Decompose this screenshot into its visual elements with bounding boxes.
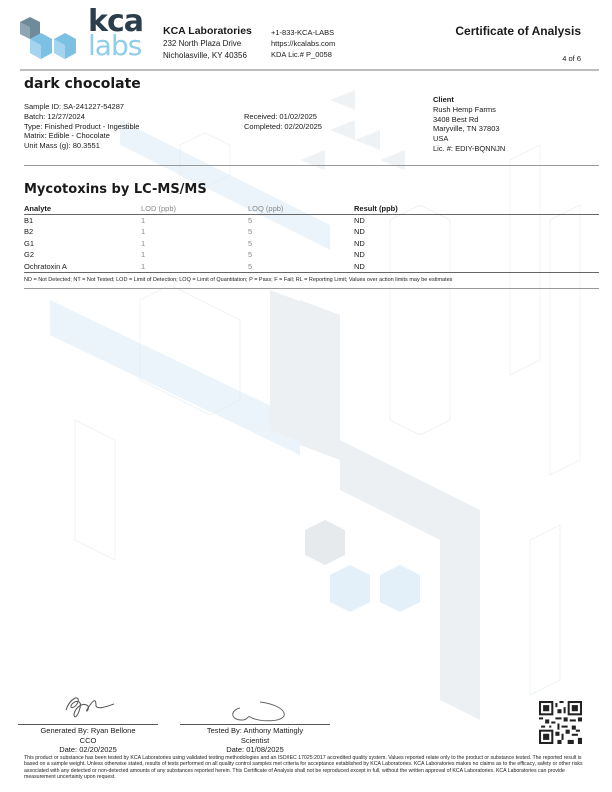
sample-id: Sample ID: SA-241227-54287 bbox=[24, 102, 139, 112]
sample-type: Type: Finished Product - Ingestible bbox=[24, 122, 139, 132]
signature-generated-by: Generated By: Ryan Bellone CCO Date: 02/… bbox=[18, 688, 158, 755]
client-address-line1: 3408 Best Rd bbox=[433, 115, 505, 125]
page-number: 4 of 6 bbox=[562, 54, 581, 63]
signature-icon bbox=[18, 688, 158, 725]
signature-tested-by: Tested By: Anthony Mattingly Scientist D… bbox=[180, 688, 330, 755]
tested-by-name: Tested By: Anthony Mattingly bbox=[180, 726, 330, 736]
table-row: B1 1 5 ND bbox=[24, 215, 599, 227]
sample-dates: Received: 01/02/2025 Completed: 02/20/20… bbox=[244, 112, 322, 132]
lod-cell: 1 bbox=[141, 238, 248, 249]
analyte-cell: B1 bbox=[24, 215, 141, 227]
abbreviation-legend: ND = Not Detected; NT = Not Tested; LOD … bbox=[24, 277, 452, 283]
result-cell: ND bbox=[354, 261, 599, 273]
lab-info: KCA Laboratories 232 North Plaza Drive N… bbox=[163, 25, 252, 61]
sample-matrix: Matrix: Edible - Chocolate bbox=[24, 131, 139, 141]
generated-by-date: Date: 02/20/2025 bbox=[18, 745, 158, 755]
lod-cell: 1 bbox=[141, 261, 248, 273]
column-header-lod: LOD (ppb) bbox=[141, 204, 248, 215]
signature-icon bbox=[180, 688, 330, 725]
table-row: G2 1 5 ND bbox=[24, 249, 599, 260]
column-header-loq: LOQ (ppb) bbox=[248, 204, 354, 215]
lab-name: KCA Laboratories bbox=[163, 25, 252, 38]
client-heading: Client bbox=[433, 95, 505, 105]
kca-labs-logo: kca labs bbox=[16, 12, 146, 64]
analyte-cell: G2 bbox=[24, 249, 141, 260]
tested-by-title: Scientist bbox=[180, 736, 330, 746]
section-title: Mycotoxins by LC-MS/MS bbox=[24, 182, 207, 197]
analyte-cell: Ochratoxin A bbox=[24, 261, 141, 273]
column-header-result: Result (ppb) bbox=[354, 204, 599, 215]
lab-website-link[interactable]: https://kcalabs.com bbox=[271, 38, 335, 49]
generated-by-title: CCO bbox=[18, 736, 158, 746]
cubes-logo-icon bbox=[16, 12, 86, 64]
loq-cell: 5 bbox=[248, 249, 354, 260]
received-date: Received: 01/02/2025 bbox=[244, 112, 322, 122]
client-info: Client Rush Hemp Farms 3408 Best Rd Mary… bbox=[433, 95, 505, 154]
lab-address-line2: Nicholasville, KY 40356 bbox=[163, 50, 252, 62]
lod-cell: 1 bbox=[141, 215, 248, 227]
analyte-cell: B2 bbox=[24, 226, 141, 237]
tested-by-date: Date: 01/08/2025 bbox=[180, 745, 330, 755]
result-cell: ND bbox=[354, 238, 599, 249]
client-country: USA bbox=[433, 134, 505, 144]
lab-license: KDA Lic.# P_0058 bbox=[271, 49, 335, 60]
table-header-row: Analyte LOD (ppb) LOQ (ppb) Result (ppb) bbox=[24, 204, 599, 215]
column-header-analyte: Analyte bbox=[24, 204, 141, 215]
analyte-cell: G1 bbox=[24, 238, 141, 249]
result-cell: ND bbox=[354, 249, 599, 260]
table-row: Ochratoxin A 1 5 ND bbox=[24, 261, 599, 273]
lod-cell: 1 bbox=[141, 226, 248, 237]
loq-cell: 5 bbox=[248, 238, 354, 249]
result-cell: ND bbox=[354, 215, 599, 227]
table-row: G1 1 5 ND bbox=[24, 238, 599, 249]
mycotoxin-results-table: Analyte LOD (ppb) LOQ (ppb) Result (ppb)… bbox=[24, 204, 599, 273]
client-address-line2: Maryville, TN 37803 bbox=[433, 124, 505, 134]
info-divider bbox=[24, 165, 599, 166]
sample-details: Sample ID: SA-241227-54287 Batch: 12/27/… bbox=[24, 102, 139, 151]
sample-unit-mass: Unit Mass (g): 80.3551 bbox=[24, 141, 139, 151]
lab-phone: +1-833-KCA-LABS bbox=[271, 27, 335, 38]
qr-code-icon[interactable] bbox=[539, 701, 582, 744]
lab-contact: +1-833-KCA-LABS https://kcalabs.com KDA … bbox=[271, 27, 335, 60]
loq-cell: 5 bbox=[248, 226, 354, 237]
client-name: Rush Hemp Farms bbox=[433, 105, 505, 115]
legend-divider bbox=[24, 288, 599, 289]
loq-cell: 5 bbox=[248, 261, 354, 273]
disclaimer-text: This product or substance has been teste… bbox=[24, 755, 589, 781]
lod-cell: 1 bbox=[141, 249, 248, 260]
loq-cell: 5 bbox=[248, 215, 354, 227]
result-cell: ND bbox=[354, 226, 599, 237]
logo-labs-text: labs bbox=[88, 34, 143, 58]
product-name: dark chocolate bbox=[24, 76, 141, 92]
lab-address-line1: 232 North Plaza Drive bbox=[163, 38, 252, 50]
table-row: B2 1 5 ND bbox=[24, 226, 599, 237]
completed-date: Completed: 02/20/2025 bbox=[244, 122, 322, 132]
document-title: Certificate of Analysis bbox=[455, 24, 581, 38]
generated-by-name: Generated By: Ryan Bellone bbox=[18, 726, 158, 736]
client-license: Lic. #: EDIY-BQNNJN bbox=[433, 144, 505, 154]
sample-batch: Batch: 12/27/2024 bbox=[24, 112, 139, 122]
header-divider bbox=[20, 69, 599, 71]
